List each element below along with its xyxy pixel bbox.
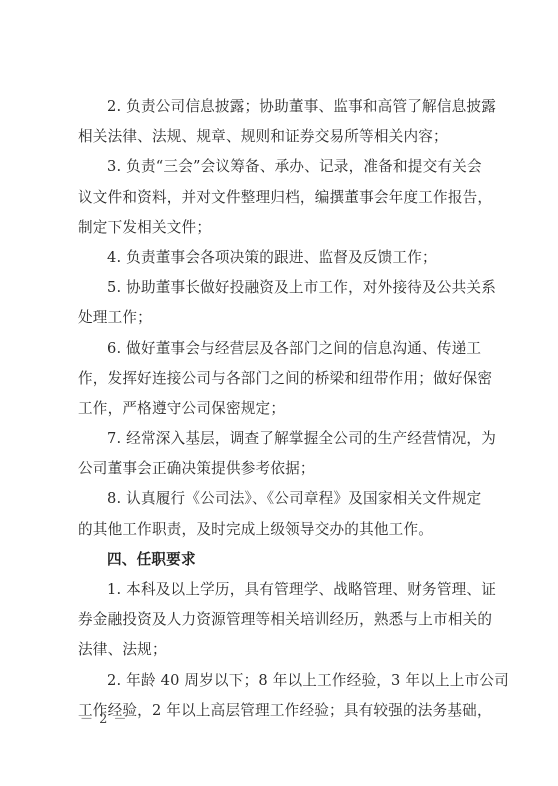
paragraph-line: 工作，严格遵守公司保密规定； (78, 394, 490, 424)
paragraph-line: 7. 经常深入基层，调查了解掌握全公司的生产经营情况，为 (78, 424, 490, 454)
page-number: － 2 － (80, 708, 128, 727)
document-page: 2. 负责公司信息披露；协助董事、监事和高管了解信息披露 相关法律、法规、规章、… (0, 0, 558, 786)
document-body: 2. 负责公司信息披露；协助董事、监事和高管了解信息披露 相关法律、法规、规章、… (78, 92, 490, 726)
section-heading: 四、任职要求 (78, 545, 490, 575)
paragraph-line: 4. 负责董事会各项决策的跟进、监督及反馈工作； (78, 243, 490, 273)
paragraph-line: 处理工作； (78, 303, 490, 333)
paragraph-line: 制定下发相关文件； (78, 213, 490, 243)
paragraph-line: 的其他工作职责，及时完成上级领导交办的其他工作。 (78, 515, 490, 545)
paragraph-line: 议文件和资料，并对文件整理归档，编撰董事会年度工作报告， (78, 183, 490, 213)
paragraph-line: 1. 本科及以上学历，具有管理学、战略管理、财务管理、证 (78, 575, 490, 605)
paragraph-line: 8. 认真履行《公司法》、《公司章程》及国家相关文件规定 (78, 484, 490, 514)
paragraph-line: 2. 年龄 40 周岁以下；8 年以上工作经验，3 年以上上市公司 (78, 666, 490, 696)
paragraph-line: 相关法律、法规、规章、规则和证券交易所等相关内容； (78, 122, 490, 152)
paragraph-line: 2. 负责公司信息披露；协助董事、监事和高管了解信息披露 (78, 92, 490, 122)
paragraph-line: 3. 负责“三会”会议筹备、承办、记录，准备和提交有关会 (78, 152, 490, 182)
paragraph-line: 法律、法规； (78, 635, 490, 665)
paragraph-line: 工作经验，2 年以上高层管理工作经验；具有较强的法务基础， (78, 696, 490, 726)
paragraph-line: 6. 做好董事会与经营层及各部门之间的信息沟通、传递工 (78, 334, 490, 364)
paragraph-line: 作，发挥好连接公司与各部门之间的桥梁和纽带作用；做好保密 (78, 364, 490, 394)
paragraph-line: 公司董事会正确决策提供参考依据； (78, 454, 490, 484)
paragraph-line: 5. 协助董事长做好投融资及上市工作，对外接待及公共关系 (78, 273, 490, 303)
paragraph-line: 券金融投资及人力资源管理等相关培训经历，熟悉与上市相关的 (78, 605, 490, 635)
